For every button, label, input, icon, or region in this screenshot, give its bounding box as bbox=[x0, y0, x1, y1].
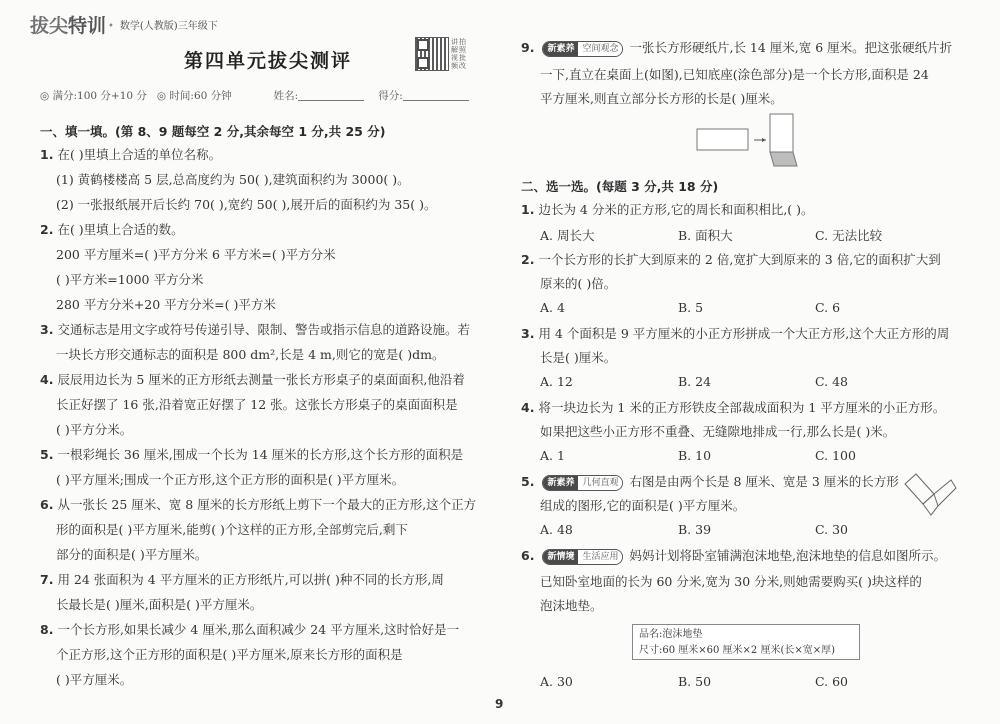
question-line: 长最长是( )厘米,面积是( )平方厘米。 bbox=[56, 595, 262, 613]
option-b[interactable]: B. 10 bbox=[678, 448, 711, 463]
exam-meta: ◎ 满分:100 分+10 分 ◎ 时间:60 分钟 姓名: 得分: bbox=[40, 88, 480, 103]
section2-heading: 二、选一选。(每题 3 分,共 18 分) bbox=[521, 177, 718, 195]
subject-label: •数学(人教版)三年级下 bbox=[108, 17, 218, 32]
question-line: 200 平方厘米=( )平方分米 6 平方米=( )平方分米 bbox=[56, 245, 336, 263]
option-b[interactable]: B. 39 bbox=[678, 522, 711, 537]
question-line: (1) 黄鹤楼楼高 5 层,总高度约为 50( ),建筑面积约为 3000( )… bbox=[56, 170, 410, 188]
question-line: 5. 新素养几何直观右图是由两个长是 8 厘米、宽是 3 厘米的长方形 bbox=[521, 472, 899, 491]
question-line: 5.一根彩绳长 36 厘米,围成一个长为 14 厘米的长方形,这个长方形的面积是 bbox=[40, 445, 463, 463]
option-a[interactable]: A. 12 bbox=[540, 374, 573, 389]
name-label: 姓名: bbox=[274, 88, 299, 103]
question-line: 一块长方形交通标志的面积是 800 dm²,长是 4 m,则它的宽是( )dm。 bbox=[56, 345, 444, 363]
question-line: ( )平方厘米;围成一个正方形,这个正方形的面积是( )平方厘米。 bbox=[56, 470, 404, 488]
question-line: 8.一个长方形,如果长减少 4 厘米,那么面积减少 24 平方厘米,这时恰好是一 bbox=[40, 620, 459, 638]
option-b[interactable]: B. 24 bbox=[678, 374, 711, 389]
question-line: ( )平方厘米。 bbox=[56, 670, 132, 688]
question-line: 6. 新情境生活应用妈妈计划将卧室铺满泡沫地垫,泡沫地垫的信息如图所示。 bbox=[521, 546, 946, 565]
question-line: 280 平方分米+20 平方分米=( )平方米 bbox=[56, 295, 276, 313]
question-line: 2.在( )里填上合适的数。 bbox=[40, 220, 184, 238]
option-c[interactable]: C. 6 bbox=[815, 300, 840, 315]
product-size: 尺寸:60 厘米×60 厘米×2 厘米(长×宽×厚) bbox=[639, 643, 853, 659]
qr-code-block: 讲 拍 解 照 视 批 频 改 bbox=[415, 36, 471, 72]
option-b[interactable]: B. 5 bbox=[678, 300, 703, 315]
competency-tag: 新情境生活应用 bbox=[542, 549, 623, 565]
question-line: 一下,直立在桌面上(如图),已知底座(涂色部分)是一个长方形,面积是 24 bbox=[540, 65, 929, 83]
question-line: ( )平方分米。 bbox=[56, 420, 132, 438]
option-b[interactable]: B. 面积大 bbox=[678, 226, 733, 244]
option-a[interactable]: A. 4 bbox=[540, 300, 565, 315]
product-info-box: 品名:泡沫地垫 尺寸:60 厘米×60 厘米×2 厘米(长×宽×厚) bbox=[632, 624, 860, 660]
option-c[interactable]: C. 100 bbox=[815, 448, 856, 463]
question-line: 4.将一块边长为 1 米的正方形铁皮全部裁成面积为 1 平方厘米的小正方形。 bbox=[521, 398, 945, 416]
option-c[interactable]: C. 30 bbox=[815, 522, 848, 537]
option-b[interactable]: B. 50 bbox=[678, 674, 711, 689]
question-line: 组成的图形,它的面积是( )平方厘米。 bbox=[540, 496, 745, 514]
question-line: 泡沫地垫。 bbox=[540, 596, 603, 614]
question-line: 4.辰辰用边长为 5 厘米的正方形纸去测量一张长方形桌子的桌面面积,他沿着 bbox=[40, 370, 465, 388]
full-score: ◎ 满分:100 分+10 分 bbox=[40, 88, 147, 103]
time-limit: ◎ 时间:60 分钟 bbox=[157, 88, 232, 103]
question-line: 3.交通标志是用文字或符号传递引导、限制、警告或指示信息的道路设施。若 bbox=[40, 320, 470, 338]
score-label: 得分: bbox=[378, 88, 403, 103]
question-line: 已知卧室地面的长为 60 分米,宽为 30 分米,则她需要购买( )块这样的 bbox=[540, 572, 922, 590]
option-a[interactable]: A. 1 bbox=[540, 448, 565, 463]
question-line: 部分的面积是( )平方厘米。 bbox=[56, 545, 207, 563]
qr-code-icon bbox=[415, 37, 449, 71]
competency-tag: 新素养空间观念 bbox=[542, 41, 623, 57]
option-a[interactable]: A. 30 bbox=[540, 674, 573, 689]
option-c[interactable]: C. 无法比较 bbox=[815, 226, 882, 244]
l-shape-diagram bbox=[900, 470, 960, 522]
question-line: 1.在( )里填上合适的单位名称。 bbox=[40, 145, 221, 163]
question-line: 6.从一张长 25 厘米、宽 8 厘米的长方形纸上剪下一个最大的正方形,这个正方 bbox=[40, 495, 476, 513]
brand-part2: 特训 bbox=[68, 15, 106, 37]
fold-diagram bbox=[690, 110, 800, 168]
option-a[interactable]: A. 周长大 bbox=[540, 226, 594, 244]
question-line: 长是( )厘米。 bbox=[540, 348, 616, 366]
option-a[interactable]: A. 48 bbox=[540, 522, 573, 537]
competency-tag: 新素养几何直观 bbox=[542, 475, 623, 491]
qr-labels: 讲 拍 解 照 视 批 频 改 bbox=[451, 38, 466, 70]
question-line: 长正好摆了 16 张,沿着宽正好摆了 12 张。这张长方形桌子的桌面面积是 bbox=[56, 395, 458, 413]
brand-part1: 拔尖 bbox=[30, 15, 68, 37]
question-line: ( )平方米=1000 平方分米 bbox=[56, 270, 204, 288]
page-number: 9 bbox=[495, 697, 503, 711]
question-line: 7.用 24 张面积为 4 平方厘米的正方形纸片,可以拼( )种不同的长方形,周 bbox=[40, 570, 444, 588]
option-c[interactable]: C. 60 bbox=[815, 674, 848, 689]
score-field[interactable] bbox=[403, 88, 469, 101]
question-line: 原来的( )倍。 bbox=[540, 274, 616, 292]
section1-heading: 一、填一填。(第 8、9 题每空 2 分,其余每空 1 分,共 25 分) bbox=[40, 122, 385, 140]
option-c[interactable]: C. 48 bbox=[815, 374, 848, 389]
question-line: 形的面积是( )平方厘米,能剪( )个这样的正方形,全部剪完后,剩下 bbox=[56, 520, 408, 538]
product-name: 品名:泡沫地垫 bbox=[639, 627, 853, 643]
name-field[interactable] bbox=[298, 88, 364, 101]
brand-logo: 拔尖特训 bbox=[30, 11, 106, 38]
question-line: (2) 一张报纸展开后长约 70( ),宽约 50( ),展开后的面积约为 35… bbox=[56, 195, 436, 213]
question-line: 如果把这些小正方形不重叠、无缝隙地排成一行,那么长是( )米。 bbox=[540, 422, 895, 440]
page-title: 第四单元拔尖测评 bbox=[184, 46, 352, 73]
question-line: 9. 新素养空间观念一张长方形硬纸片,长 14 厘米,宽 6 厘米。把这张硬纸片… bbox=[521, 38, 952, 57]
question-line: 平方厘米,则直立部分长方形的长是( )厘米。 bbox=[540, 89, 783, 107]
question-line: 个正方形,这个正方形的面积是( )平方厘米,原来长方形的面积是 bbox=[56, 645, 403, 663]
question-line: 2.一个长方形的长扩大到原来的 2 倍,宽扩大到原来的 3 倍,它的面积扩大到 bbox=[521, 250, 941, 268]
question-line: 1.边长为 4 分米的正方形,它的周长和面积相比,( )。 bbox=[521, 200, 814, 218]
question-line: 3.用 4 个面积是 9 平方厘米的小正方形拼成一个大正方形,这个大正方形的周 bbox=[521, 324, 949, 342]
